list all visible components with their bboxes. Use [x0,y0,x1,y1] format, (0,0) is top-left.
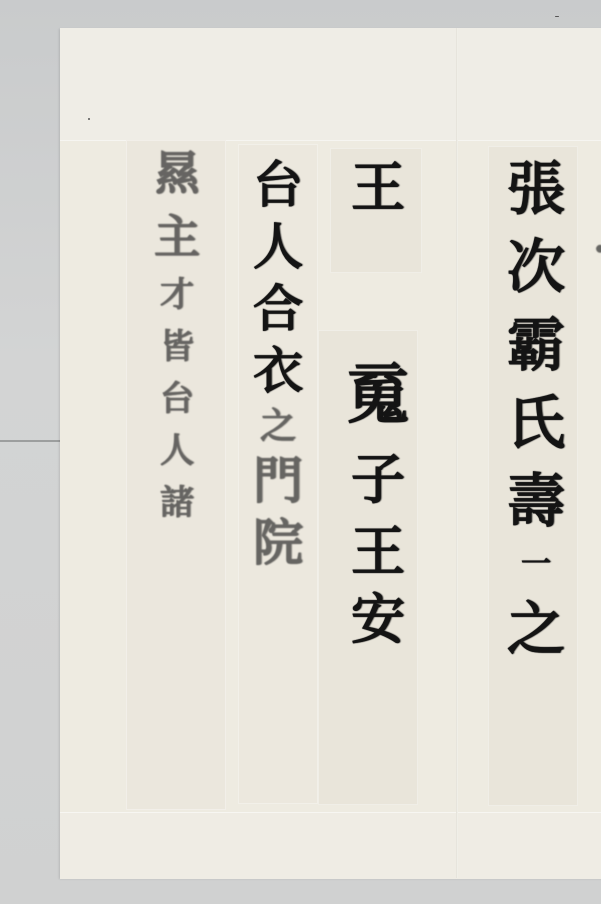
calligraphy-character: 衣 [253,346,303,396]
calligraphy-character: 䰟 [346,364,410,428]
calligraphy-character: 人 [253,222,303,272]
calligraphy-character: 台 [253,160,303,210]
calligraphy-character-fragment: · [593,230,601,270]
calligraphy-column-right: 張 次 霸 氏 壽 一 之 [500,160,572,658]
calligraphy-character: 諸 [160,486,194,520]
album-fold-line [456,28,458,878]
calligraphy-character: 門 [253,456,303,506]
calligraphy-character: 一 [521,550,551,580]
calligraphy-character: 氏 [507,394,565,452]
calligraphy-character: 王 [351,524,405,578]
calligraphy-character: 人 [160,434,194,468]
calligraphy-character: 之 [507,600,565,658]
calligraphy-character: 㬎 [154,150,200,196]
calligraphy-character: 之 [260,408,296,444]
calligraphy-partial-edge: · [590,230,601,270]
calligraphy-character: 安 [351,592,405,646]
album-bottom-margin [60,812,601,879]
calligraphy-character: 台 [160,382,194,416]
calligraphy-column-left: 㬎 主 才 皆 台 人 諸 [132,150,222,520]
calligraphy-character: 皆 [160,330,194,364]
calligraphy-character: 子 [351,452,405,506]
calligraphy-column-mid-left: 台 人 合 衣 之 門 院 [238,160,318,568]
calligraphy-character: 霸 [507,316,565,374]
paper-speck [88,118,90,120]
calligraphy-character: 王 [351,160,405,214]
calligraphy-character: 壽 [507,472,565,530]
calligraphy-column-mid-right: 王 䰟 子 王 安 [340,160,416,646]
calligraphy-character: 合 [253,284,303,334]
calligraphy-character: 次 [507,238,565,296]
calligraphy-character: 院 [253,518,303,568]
calligraphy-character: 張 [507,160,565,218]
album-top-margin [60,28,601,141]
paper-speck [555,16,559,17]
background-crease-line [0,440,62,442]
calligraphy-character: 才 [160,278,194,312]
calligraphy-character: 主 [154,214,200,260]
